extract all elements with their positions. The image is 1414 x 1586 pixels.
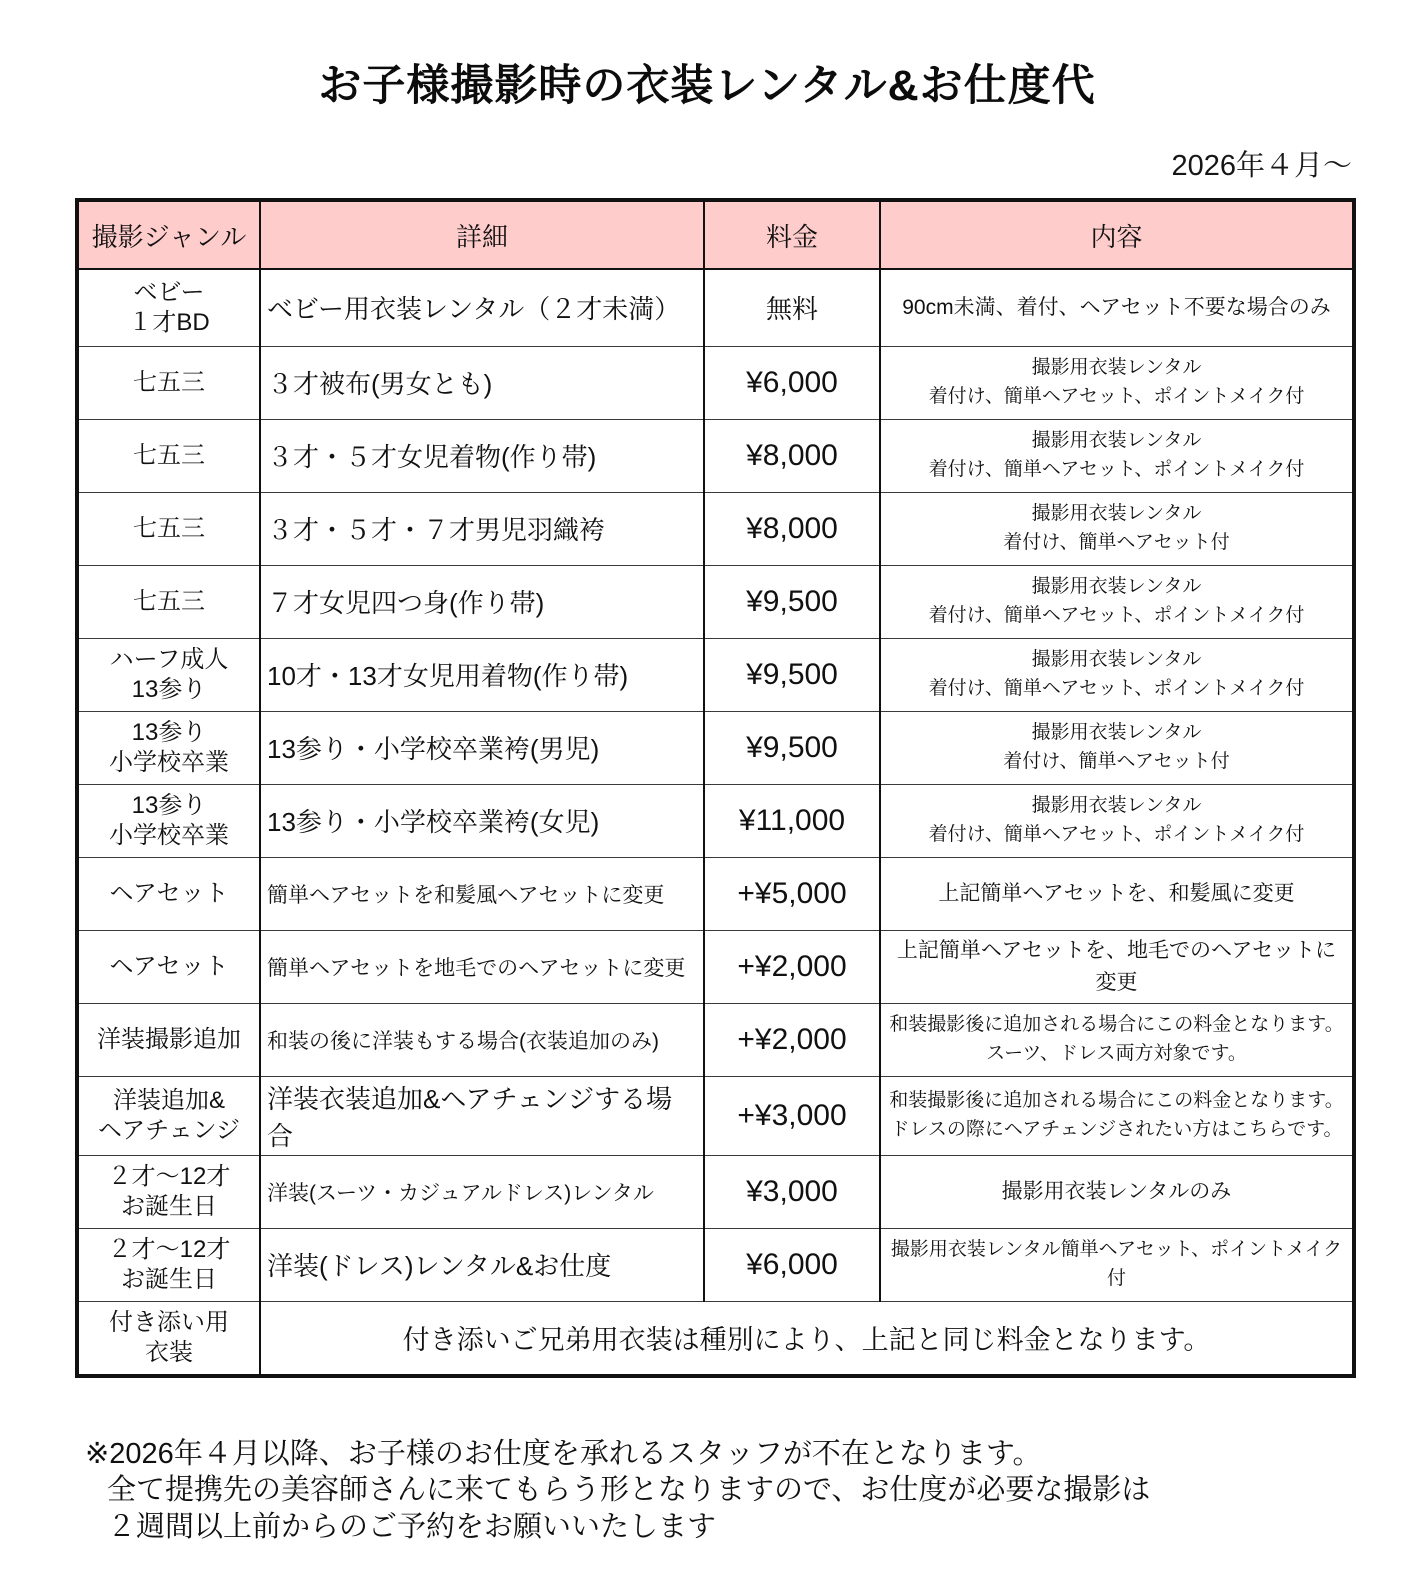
table-row: ２才～12才 お誕生日 洋装(ドレス)レンタル&お仕度 ¥6,000 撮影用衣装… [77,1228,1354,1301]
detail-cell: ３才・５才女児着物(作り帯) [260,419,704,492]
content-cell: 撮影用衣装レンタル 着付け、簡単ヘアセット、ポイントメイク付 [880,419,1354,492]
price-cell: +¥2,000 [704,930,880,1003]
table-row: ヘアセット 簡単ヘアセットを地毛でのヘアセットに変更 +¥2,000 上記簡単ヘ… [77,930,1354,1003]
effective-date: 2026年４月～ [75,143,1352,184]
table-row: 13参り 小学校卒業 13参り・小学校卒業袴(男児) ¥9,500 撮影用衣装レ… [77,711,1354,784]
table-row: 付き添い用 衣装 付き添いご兄弟用衣装は種別により、上記と同じ料金となります。 [77,1301,1354,1376]
table-row: ベビー １才BD ベビー用衣装レンタル（２才未満） 無料 90cm未満、着付、ヘ… [77,269,1354,346]
content-cell: 撮影用衣装レンタルのみ [880,1155,1354,1228]
page-title: お子様撮影時の衣装レンタル&お仕度代 [0,52,1414,113]
footnote-line: ２週間以上前からのご予約をお願いいたします [85,1509,1414,1546]
detail-cell: ベビー用衣装レンタル（２才未満） [260,269,704,346]
price-cell: ¥11,000 [704,784,880,857]
detail-cell: ３才・５才・７才男児羽織袴 [260,492,704,565]
genre-cell: ヘアセット [77,857,260,930]
header-price: 料金 [704,200,880,269]
table-row: ２才～12才 お誕生日 洋装(スーツ・カジュアルドレス)レンタル ¥3,000 … [77,1155,1354,1228]
price-cell: 無料 [704,269,880,346]
content-cell: 撮影用衣装レンタル 着付け、簡単ヘアセット、ポイントメイク付 [880,565,1354,638]
genre-cell: 七五三 [77,346,260,419]
price-cell: ¥8,000 [704,419,880,492]
price-cell: ¥6,000 [704,1228,880,1301]
detail-cell: 和装の後に洋装もする場合(衣装追加のみ) [260,1003,704,1076]
table-row: ヘアセット 簡単ヘアセットを和髪風ヘアセットに変更 +¥5,000 上記簡単ヘア… [77,857,1354,930]
genre-cell: ベビー １才BD [77,269,260,346]
genre-cell: 13参り 小学校卒業 [77,711,260,784]
content-cell: 撮影用衣装レンタル簡単ヘアセット、ポイントメイク付 [880,1228,1354,1301]
price-cell: ¥9,500 [704,638,880,711]
content-cell: 撮影用衣装レンタル 着付け、簡単ヘアセット付 [880,492,1354,565]
genre-cell: 付き添い用 衣装 [77,1301,260,1376]
detail-cell: 10才・13才女児用着物(作り帯) [260,638,704,711]
document-page: { "title": "お子様撮影時の衣装レンタル&お仕度代", "date_n… [0,0,1414,1586]
detail-cell: 洋装衣装追加&ヘアチェンジする場合 [260,1076,704,1155]
price-cell: +¥5,000 [704,857,880,930]
price-cell: ¥3,000 [704,1155,880,1228]
detail-cell: 洋装(ドレス)レンタル&お仕度 [260,1228,704,1301]
detail-cell: ３才被布(男女とも) [260,346,704,419]
table-row: 洋装追加& ヘアチェンジ 洋装衣装追加&ヘアチェンジする場合 +¥3,000 和… [77,1076,1354,1155]
genre-cell: 七五三 [77,565,260,638]
footnote-line: 全て提携先の美容師さんに来てもらう形となりますので、お仕度が必要な撮影は [85,1472,1414,1509]
table-row: ハーフ成人 13参り 10才・13才女児用着物(作り帯) ¥9,500 撮影用衣… [77,638,1354,711]
table-row: 七五三 ３才・５才・７才男児羽織袴 ¥8,000 撮影用衣装レンタル 着付け、簡… [77,492,1354,565]
genre-cell: 洋装追加& ヘアチェンジ [77,1076,260,1155]
genre-cell: 七五三 [77,492,260,565]
merged-note-cell: 付き添いご兄弟用衣装は種別により、上記と同じ料金となります。 [260,1301,1354,1376]
detail-cell: 13参り・小学校卒業袴(女児) [260,784,704,857]
content-cell: 撮影用衣装レンタル 着付け、簡単ヘアセット、ポイントメイク付 [880,346,1354,419]
content-cell: 撮影用衣装レンタル 着付け、簡単ヘアセット付 [880,711,1354,784]
content-cell: 上記簡単ヘアセットを、地毛でのヘアセットに変更 [880,930,1354,1003]
content-cell: 和装撮影後に追加される場合にこの料金となります。 ドレスの際にヘアチェンジされた… [880,1076,1354,1155]
price-cell: +¥3,000 [704,1076,880,1155]
genre-cell: ２才～12才 お誕生日 [77,1228,260,1301]
header-detail: 詳細 [260,200,704,269]
footnote-line: ※2026年４月以降、お子様のお仕度を承れるスタッフが不在となります。 [85,1436,1414,1473]
content-cell: 上記簡単ヘアセットを、和髪風に変更 [880,857,1354,930]
table-row: 七五三 ３才被布(男女とも) ¥6,000 撮影用衣装レンタル 着付け、簡単ヘア… [77,346,1354,419]
footnotes: ※2026年４月以降、お子様のお仕度を承れるスタッフが不在となります。 全て提携… [85,1436,1414,1546]
price-cell: ¥6,000 [704,346,880,419]
genre-cell: 洋装撮影追加 [77,1003,260,1076]
content-cell: 90cm未満、着付、ヘアセット不要な場合のみ [880,269,1354,346]
table-row: 七五三 ３才・５才女児着物(作り帯) ¥8,000 撮影用衣装レンタル 着付け、… [77,419,1354,492]
price-cell: ¥8,000 [704,492,880,565]
header-row: 撮影ジャンル 詳細 料金 内容 [77,200,1354,269]
content-cell: 撮影用衣装レンタル 着付け、簡単ヘアセット、ポイントメイク付 [880,638,1354,711]
content-cell: 和装撮影後に追加される場合にこの料金となります。 スーツ、ドレス両方対象です。 [880,1003,1354,1076]
price-cell: +¥2,000 [704,1003,880,1076]
price-cell: ¥9,500 [704,565,880,638]
table-row: 洋装撮影追加 和装の後に洋装もする場合(衣装追加のみ) +¥2,000 和装撮影… [77,1003,1354,1076]
detail-cell: 洋装(スーツ・カジュアルドレス)レンタル [260,1155,704,1228]
table-row: 13参り 小学校卒業 13参り・小学校卒業袴(女児) ¥11,000 撮影用衣装… [77,784,1354,857]
price-table: 撮影ジャンル 詳細 料金 内容 ベビー １才BD ベビー用衣装レンタル（２才未満… [75,198,1356,1378]
genre-cell: 13参り 小学校卒業 [77,784,260,857]
detail-cell: 13参り・小学校卒業袴(男児) [260,711,704,784]
header-genre: 撮影ジャンル [77,200,260,269]
genre-cell: ヘアセット [77,930,260,1003]
table-row: 七五三 ７才女児四つ身(作り帯) ¥9,500 撮影用衣装レンタル 着付け、簡単… [77,565,1354,638]
detail-cell: 簡単ヘアセットを和髪風ヘアセットに変更 [260,857,704,930]
detail-cell: 簡単ヘアセットを地毛でのヘアセットに変更 [260,930,704,1003]
genre-cell: ハーフ成人 13参り [77,638,260,711]
header-content: 内容 [880,200,1354,269]
price-cell: ¥9,500 [704,711,880,784]
content-cell: 撮影用衣装レンタル 着付け、簡単ヘアセット、ポイントメイク付 [880,784,1354,857]
genre-cell: 七五三 [77,419,260,492]
genre-cell: ２才～12才 お誕生日 [77,1155,260,1228]
detail-cell: ７才女児四つ身(作り帯) [260,565,704,638]
